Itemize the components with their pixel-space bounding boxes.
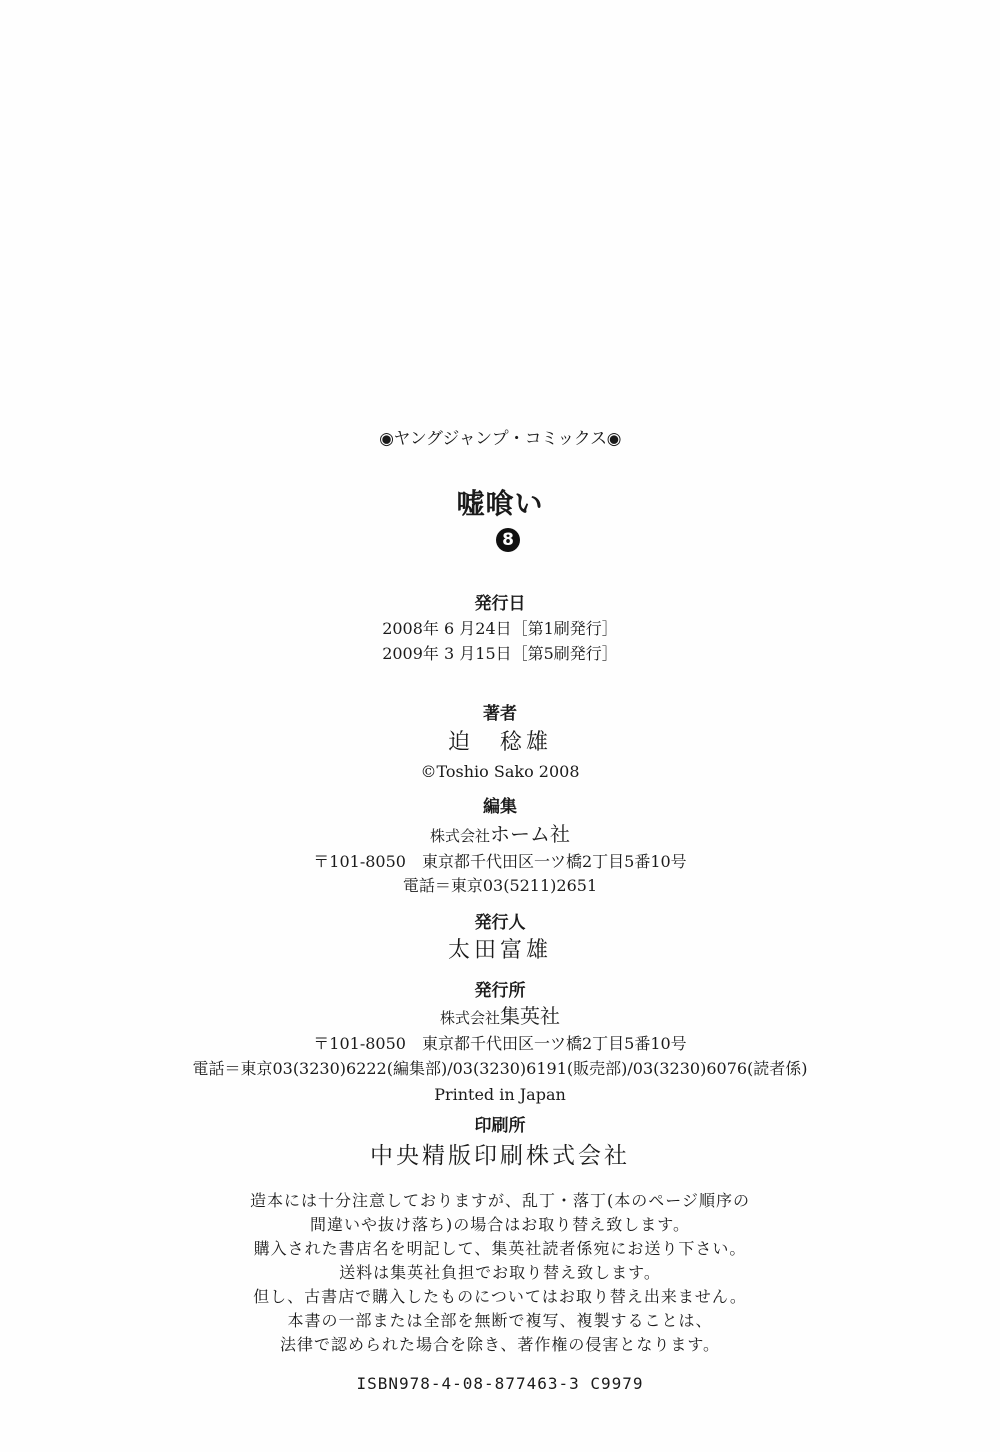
publisher-company: 株式会社集英社 (0, 1006, 1000, 1026)
publisher-address: 〒101-8050 東京都千代田区一ツ橋2丁目5番10号 (0, 1036, 1000, 1052)
notice-line: 法律で認められた場合を除き、著作権の侵害となります。 (0, 1337, 1000, 1353)
publisher-person-name: 太田富雄 (0, 940, 1000, 962)
notice-line: 送料は集英社負担でお取り替え致します。 (0, 1265, 1000, 1281)
publication-date-heading: 発行日 (0, 596, 1000, 613)
colophon-page: ◉ヤングジャンプ・コミックス◉ 嘘喰い 8 発行日 2008年 6 月24日［第… (0, 0, 1000, 1452)
publication-date-latest: 2009年 3 月15日［第5刷発行］ (0, 646, 1000, 662)
editor-heading: 編集 (0, 799, 1000, 816)
book-title: 嘘喰い (0, 490, 1000, 518)
author-name: 迫 稔雄 (0, 732, 1000, 754)
publisher-phone: 電話＝東京03(3230)6222(編集部)/03(3230)6191(販売部)… (0, 1061, 1000, 1077)
publisher-company-name: 集英社 (500, 1004, 560, 1028)
editor-company-name: ホーム社 (490, 822, 570, 846)
isbn-code: ISBN978-4-08-877463-3 C9979 (0, 1376, 1000, 1392)
publisher-company-prefix: 株式会社 (440, 1009, 500, 1027)
editor-address: 〒101-8050 東京都千代田区一ツ橋2丁目5番10号 (0, 854, 1000, 870)
publication-date-first: 2008年 6 月24日［第1刷発行］ (0, 621, 1000, 637)
notice-line: 造本には十分注意しておりますが、乱丁・落丁(本のページ順序の (0, 1193, 1000, 1209)
editor-company: 株式会社ホーム社 (0, 824, 1000, 844)
series-label: ◉ヤングジャンプ・コミックス◉ (0, 431, 1000, 448)
notice-line: 本書の一部または全部を無断で複写、複製することは、 (0, 1313, 1000, 1329)
notice-line: 購入された書店名を明記して、集英社読者係宛にお送り下さい。 (0, 1241, 1000, 1257)
notice-line: 但し、古書店で購入したものについてはお取り替え出来ません。 (0, 1289, 1000, 1305)
editor-phone: 電話＝東京03(5211)2651 (0, 878, 1000, 894)
printer-heading: 印刷所 (0, 1118, 1000, 1135)
author-heading: 著者 (0, 706, 1000, 723)
publisher-person-heading: 発行人 (0, 915, 1000, 932)
printed-in-japan: Printed in Japan (0, 1087, 1000, 1103)
notice-line: 間違いや抜け落ち)の場合はお取り替え致します。 (0, 1217, 1000, 1233)
editor-company-prefix: 株式会社 (430, 827, 490, 845)
printer-name: 中央精版印刷株式会社 (0, 1145, 1000, 1168)
volume-number-badge: 8 (496, 528, 520, 552)
publisher-heading: 発行所 (0, 983, 1000, 1000)
copyright-notice: ©Toshio Sako 2008 (0, 764, 1000, 780)
